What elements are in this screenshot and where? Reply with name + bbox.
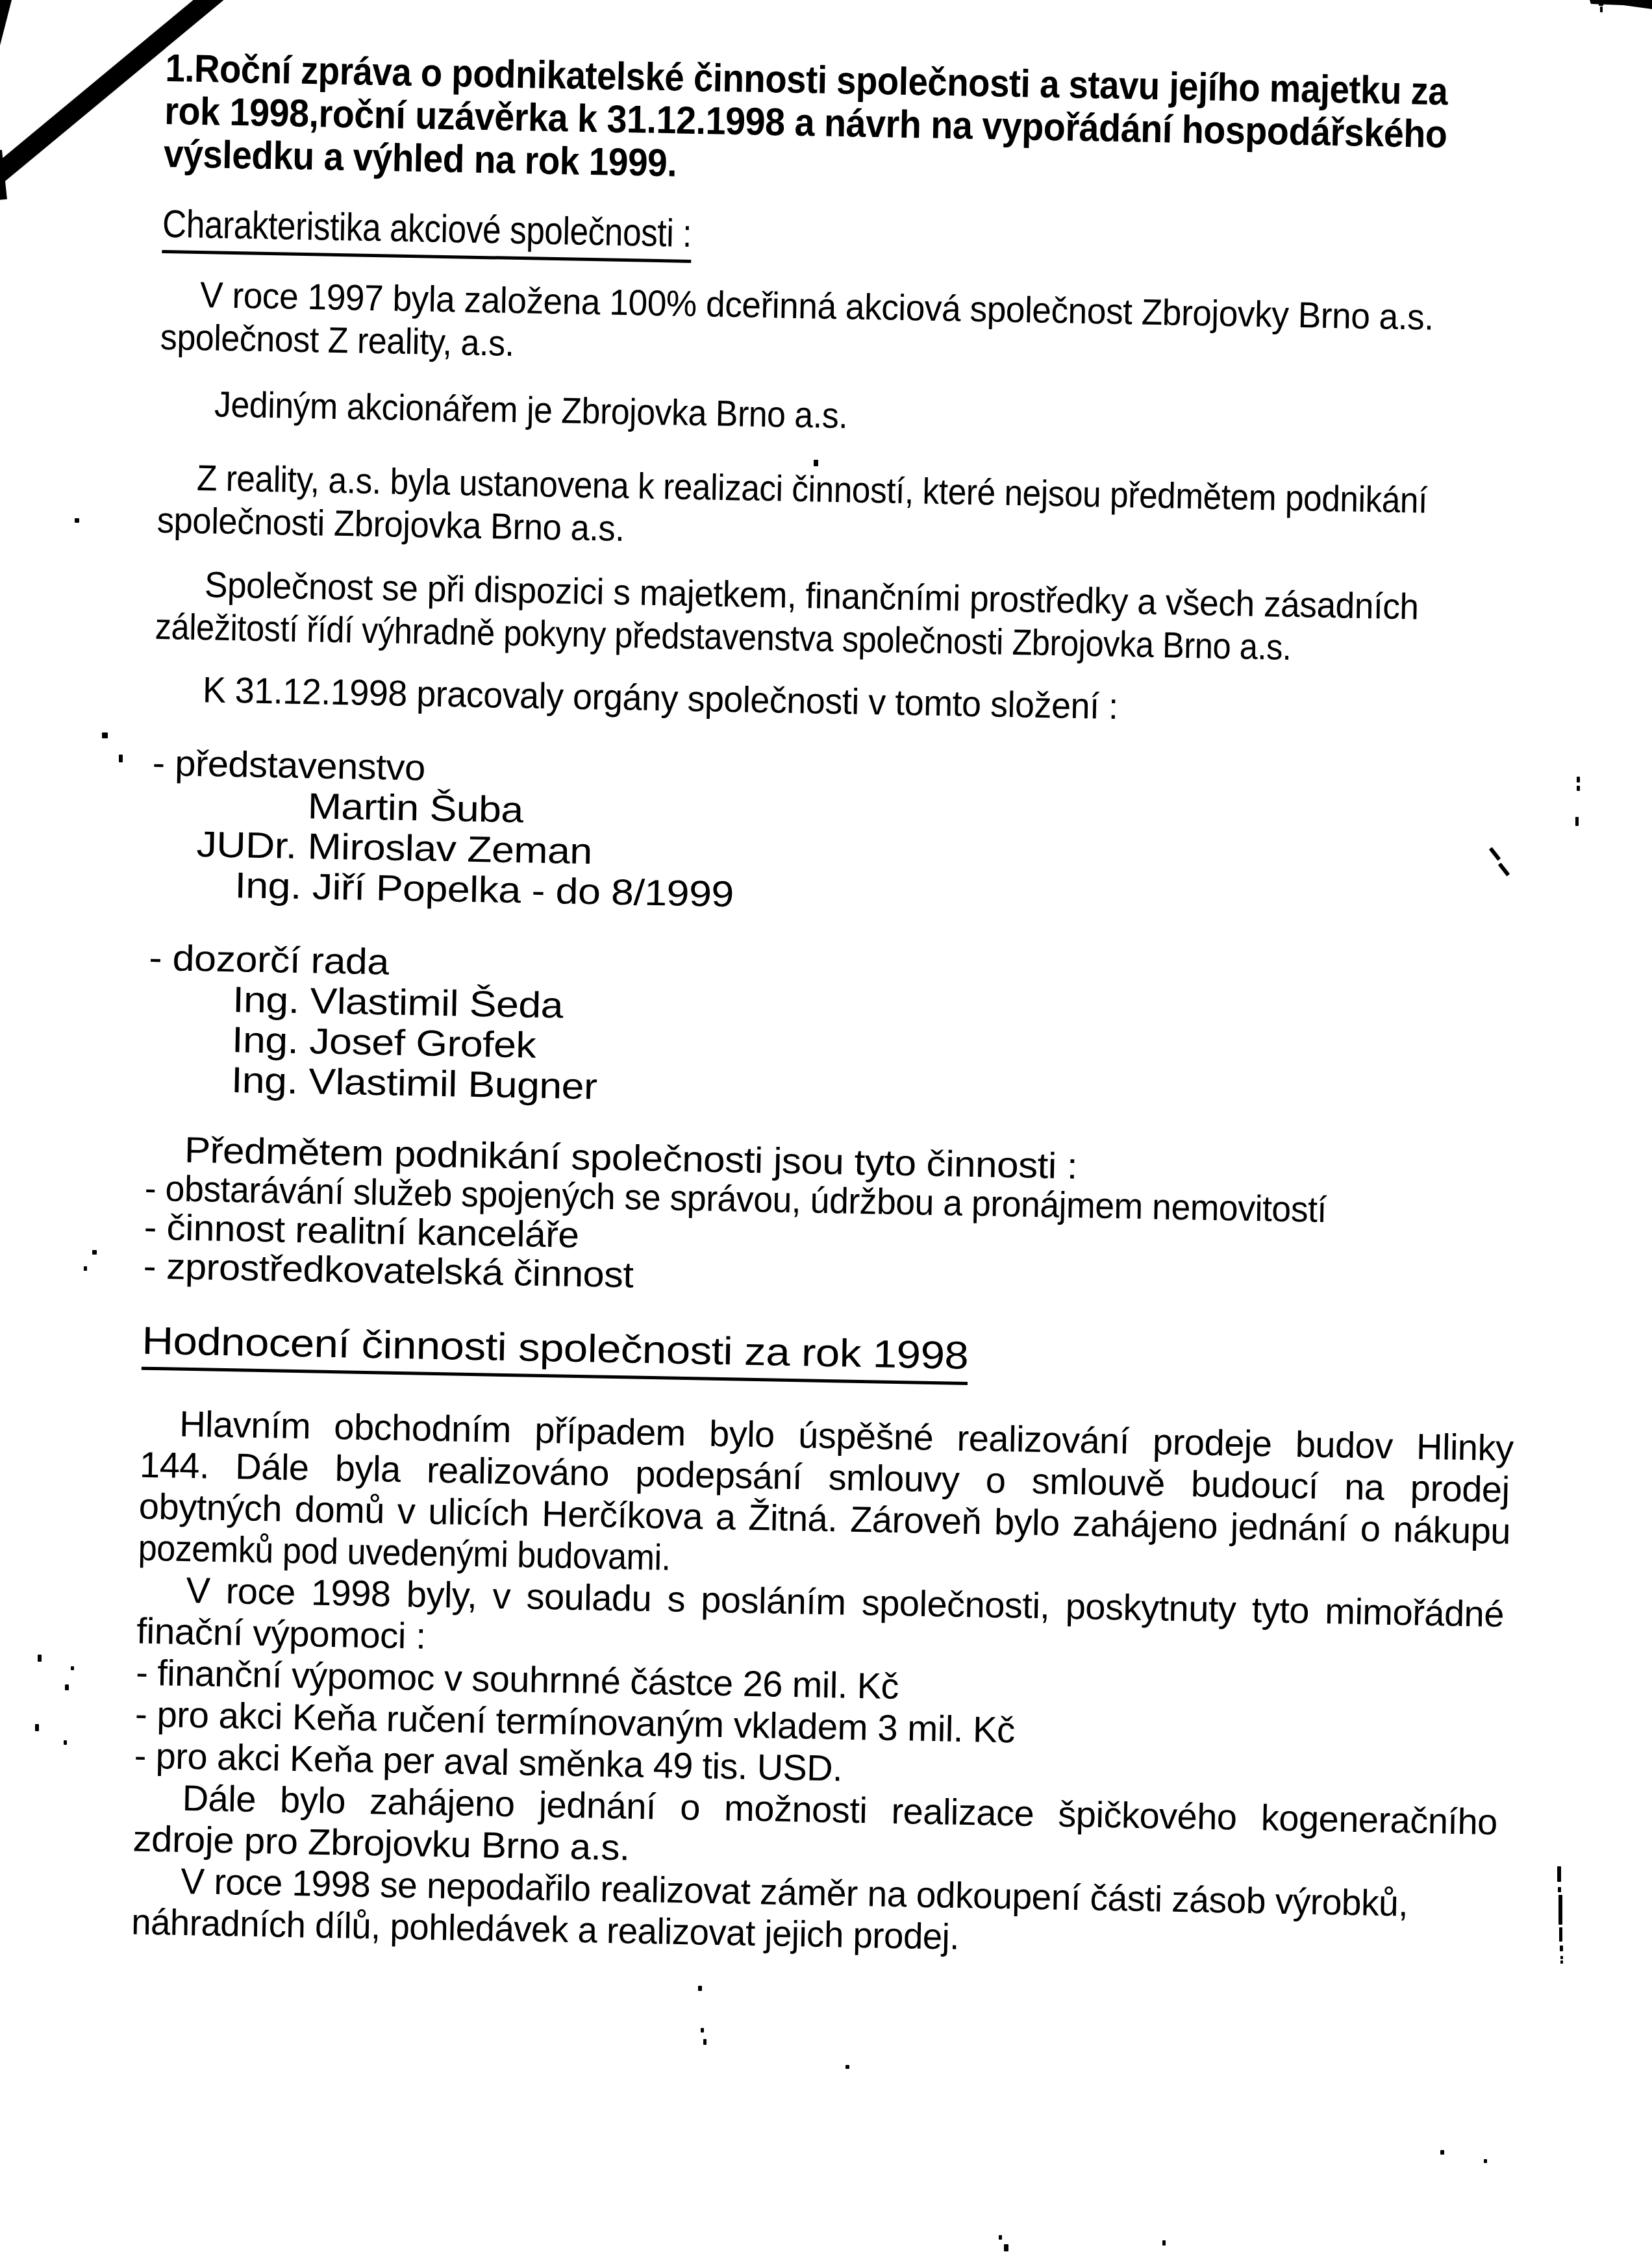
section-heading-characteristics: Charakteristika akciové společnosti : xyxy=(162,201,1649,281)
list-supervisory-board: - dozorčí radaIng. Vlastimil ŠedaIng. Jo… xyxy=(146,938,1635,1126)
list-board-of-directors: - představenstvoMartin ŠubaJUDr. Mirosla… xyxy=(150,743,1639,931)
scan-corner-artifact-right xyxy=(1587,0,1652,19)
text-span: - dozorčí rada xyxy=(149,938,390,982)
scan-speck xyxy=(1162,2240,1166,2246)
scan-speck xyxy=(92,1250,97,1255)
text-span: - představenstvo xyxy=(152,743,425,788)
list-business-activities: Předmětem podnikání společnosti jsou tyt… xyxy=(143,1130,1632,1313)
text-line: Hodnocení činnosti společnosti za rok 19… xyxy=(142,1318,1629,1397)
text-span: - zprostředkovatelská činnost xyxy=(143,1247,634,1295)
document-content: 1.Roční zpráva o podnikatelské činnosti … xyxy=(0,0,1652,1970)
scan-speck xyxy=(701,2028,704,2033)
text-line: K 31.12.1998 pracovaly orgány společnost… xyxy=(153,668,1640,738)
scan-speck xyxy=(703,2039,707,2045)
paragraph-management-rules: Společnost se při dispozici s majetkem, … xyxy=(155,562,1642,675)
scan-speck xyxy=(102,732,108,738)
scan-speck xyxy=(1004,2244,1008,2251)
scan-speck xyxy=(64,1740,67,1745)
scan-speck xyxy=(999,2235,1002,2240)
scan-speck xyxy=(1484,2159,1487,2163)
scan-speck xyxy=(1599,1,1603,6)
paragraph-evaluation-body: Hlavním obchodním případem bylo úspěšné … xyxy=(131,1403,1627,1970)
scan-speck xyxy=(1558,1895,1562,1925)
scan-speck xyxy=(698,1986,702,1991)
scan-speck xyxy=(84,1266,87,1271)
scan-speck xyxy=(814,460,818,466)
scan-speck xyxy=(35,1724,39,1731)
text-span: společnost Z reality, a.s. xyxy=(160,316,514,365)
scan-speck xyxy=(1557,1866,1561,1882)
scan-speck xyxy=(1577,777,1580,782)
scan-speck xyxy=(1600,6,1603,12)
text-span: Ing. Vlastimil Bugner xyxy=(231,1060,597,1107)
underlined-heading-text: Charakteristika akciové společnosti : xyxy=(162,201,692,263)
scan-speck xyxy=(1575,817,1579,826)
paragraph-zreality-purpose: Z reality, a.s. byla ustanovena k realiz… xyxy=(156,456,1644,569)
scan-speck xyxy=(75,518,79,523)
text-span: Ing. Vlastimil Šeda xyxy=(232,979,564,1025)
text-span: společnosti Zbrojovka Brno a.s. xyxy=(156,499,625,550)
scan-speck xyxy=(1559,1927,1562,1942)
text-span: Jediným akcionářem je Zbrojovka Brno a.s… xyxy=(214,382,847,437)
text-span: Ing. Josef Grofek xyxy=(232,1020,536,1066)
paragraph-founded-1997: V roce 1997 byla založena 100% dceřinná … xyxy=(160,273,1647,386)
scan-speck xyxy=(845,2065,849,2069)
scan-speck xyxy=(65,1684,69,1690)
text-span: Martin Šuba xyxy=(307,786,523,830)
text-span: výsledku a výhled na rok 1999. xyxy=(164,132,677,184)
text-span: K 31.12.1998 pracovaly orgány společnost… xyxy=(202,668,1118,728)
scan-speck xyxy=(119,755,123,762)
scan-speck xyxy=(38,1655,42,1662)
paragraph-company-bodies: K 31.12.1998 pracovaly orgány společnost… xyxy=(153,668,1640,738)
section-heading-evaluation: Hodnocení činnosti společnosti za rok 19… xyxy=(142,1318,1629,1397)
scan-speck xyxy=(1560,1945,1563,1951)
text-span: Ing. Jiří Popelka - do 8/1999 xyxy=(234,865,734,914)
scan-speck xyxy=(1560,1960,1563,1964)
scan-speck xyxy=(71,1666,74,1670)
text-line: Jediným akcionářem je Zbrojovka Brno a.s… xyxy=(158,382,1646,452)
document-title: 1.Roční zpráva o podnikatelské činnosti … xyxy=(164,47,1652,203)
scanned-document-page: 1.Roční zpráva o podnikatelské činnosti … xyxy=(0,0,1652,2252)
scan-speck xyxy=(1577,786,1580,791)
scan-speck xyxy=(1560,1956,1563,1959)
text-span: finační výpomoci : xyxy=(136,1610,426,1657)
scan-speck xyxy=(1440,2150,1444,2155)
paragraph-sole-shareholder: Jediným akcionářem je Zbrojovka Brno a.s… xyxy=(158,382,1646,452)
scan-speck xyxy=(1558,1887,1561,1892)
text-line: Charakteristika akciové společnosti : xyxy=(162,201,1649,281)
underlined-heading-text: Hodnocení činnosti společnosti za rok 19… xyxy=(142,1318,969,1385)
